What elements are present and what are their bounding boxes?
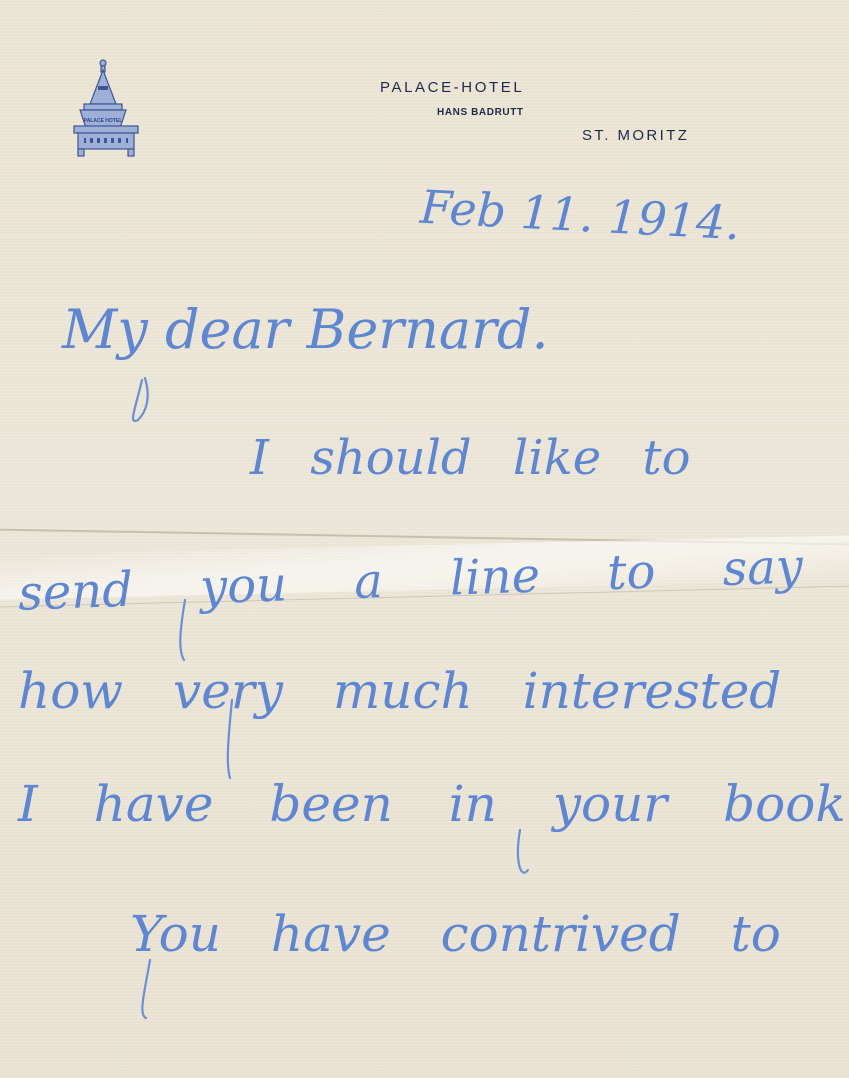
letter-page: PALACE HOTEL PALACE-HOTEL HANS BADRUTT S… — [0, 0, 849, 1078]
handwriting-flourishes — [0, 0, 849, 1078]
